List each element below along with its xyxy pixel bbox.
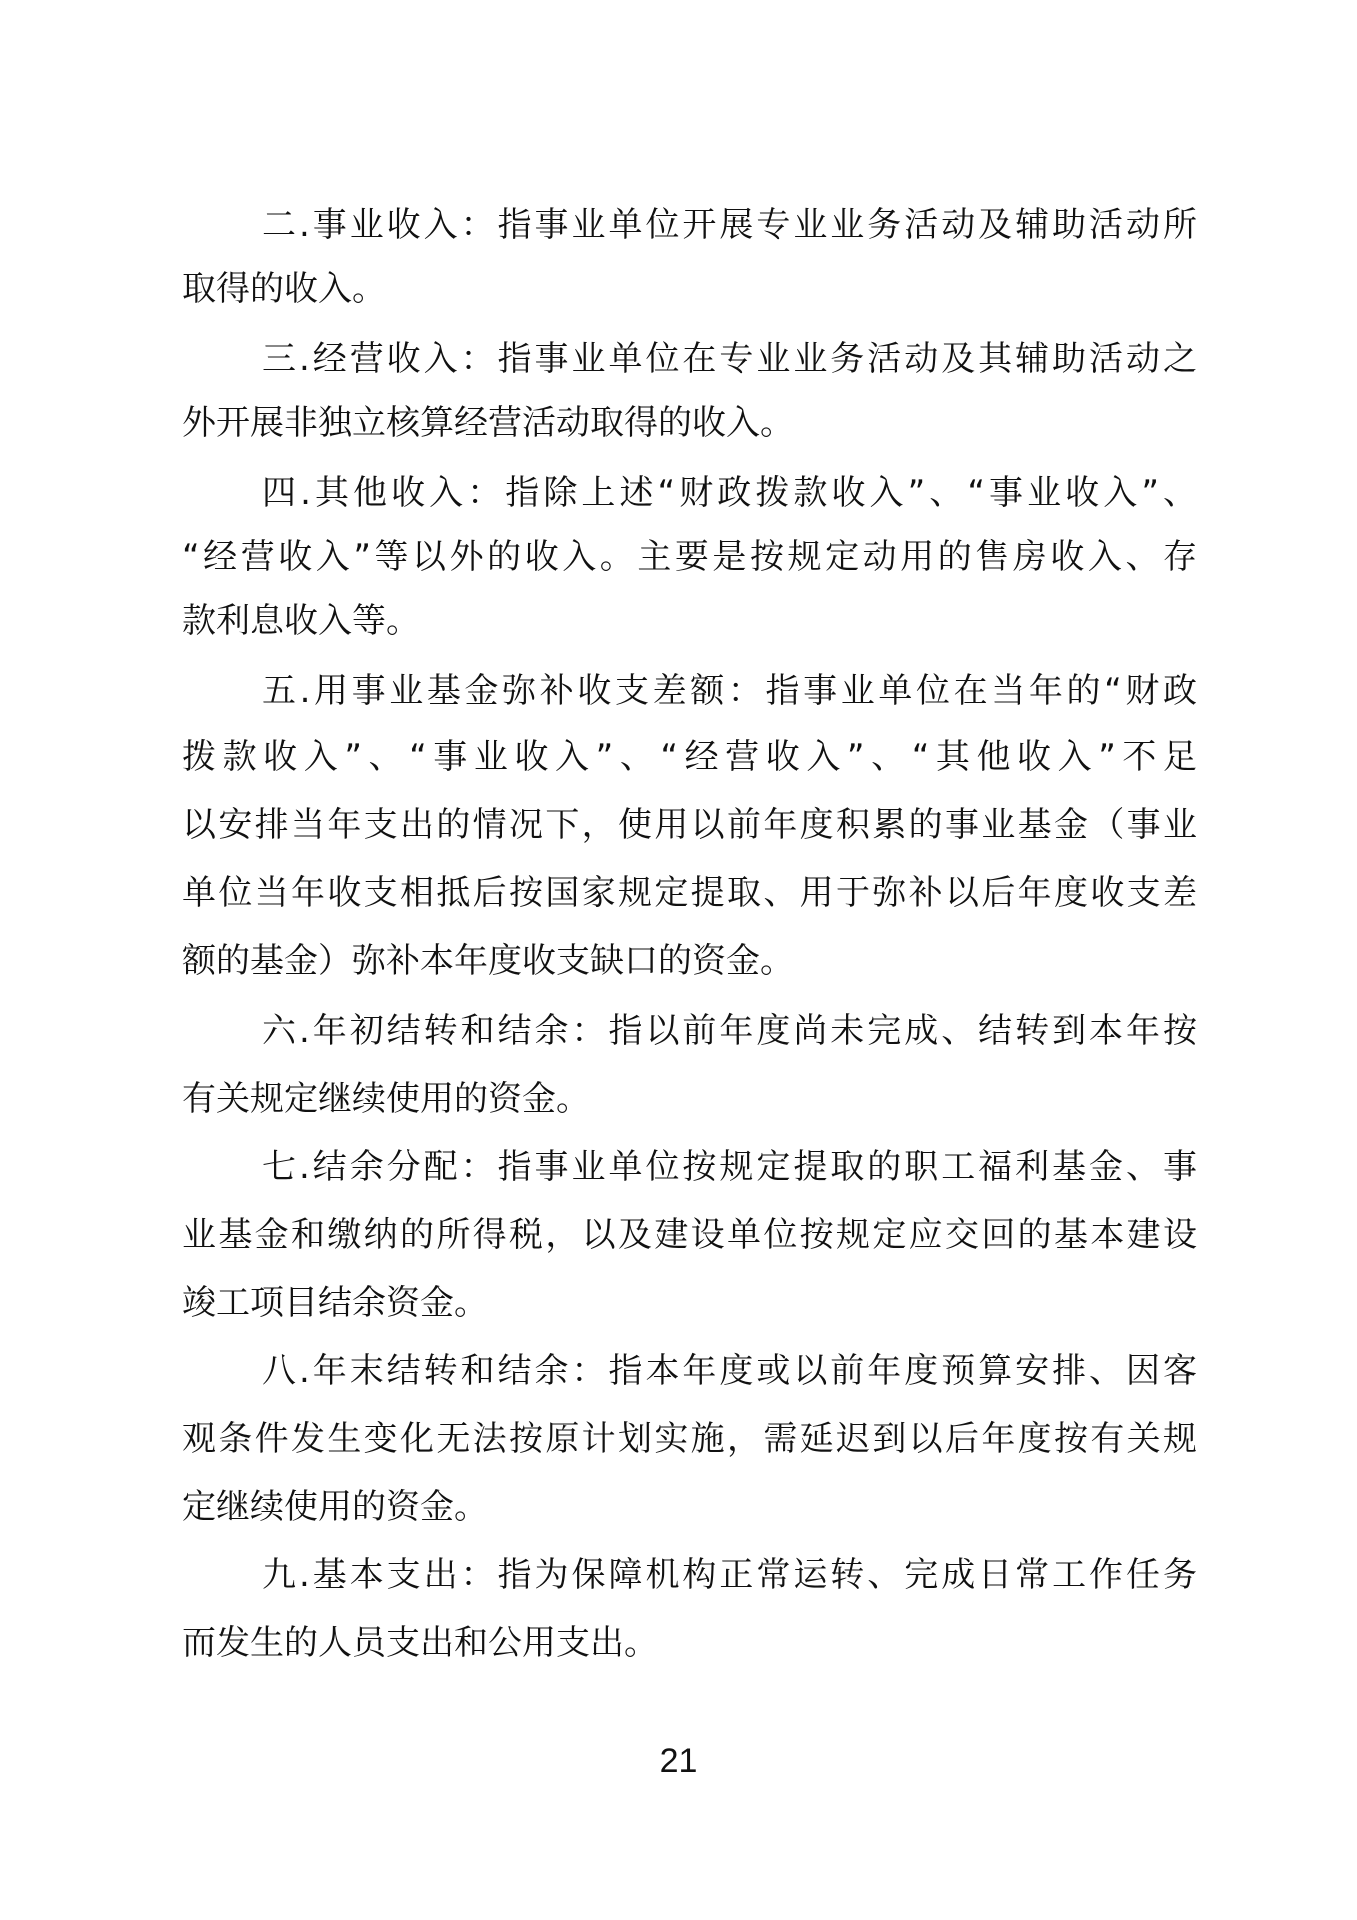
paragraph-6-line-2: 有关规定继续使用的资金。 — [182, 1074, 1197, 1124]
paragraph-2-line-2: 取得的收入。 — [182, 264, 1197, 314]
paragraph-3-line-1: 三.经营收入：指事业单位在专业业务活动及其辅助活动之 — [262, 334, 1197, 384]
paragraph-5-line-3: 以安排当年支出的情况下，使用以前年度积累的事业基金（事业 — [182, 800, 1197, 850]
paragraph-5-line-5: 额的基金）弥补本年度收支缺口的资金。 — [182, 936, 1197, 986]
paragraph-6-line-1: 六.年初结转和结余：指以前年度尚未完成、结转到本年按 — [262, 1006, 1197, 1056]
paragraph-5-line-2: 拨款收入”、“事业收入”、“经营收入”、“其他收入”不足 — [182, 732, 1197, 782]
paragraph-8-line-3: 定继续使用的资金。 — [182, 1482, 1197, 1532]
paragraph-7-line-2: 业基金和缴纳的所得税，以及建设单位按规定应交回的基本建设 — [182, 1210, 1197, 1260]
paragraph-5-line-1: 五.用事业基金弥补收支差额：指事业单位在当年的“财政 — [262, 666, 1197, 716]
paragraph-4-line-3: 款利息收入等。 — [182, 596, 1197, 646]
paragraph-8-line-2: 观条件发生变化无法按原计划实施，需延迟到以后年度按有关规 — [182, 1414, 1197, 1464]
document-page: 二.事业收入：指事业单位开展专业业务活动及辅助活动所 取得的收入。 三.经营收入… — [0, 0, 1357, 1920]
paragraph-2-line-1: 二.事业收入：指事业单位开展专业业务活动及辅助活动所 — [262, 200, 1197, 250]
paragraph-8-line-1: 八.年末结转和结余：指本年度或以前年度预算安排、因客 — [262, 1346, 1197, 1396]
paragraph-4-line-1: 四.其他收入：指除上述“财政拨款收入”、“事业收入”、 — [262, 468, 1197, 518]
paragraph-9-line-2: 而发生的人员支出和公用支出。 — [182, 1618, 1197, 1668]
paragraph-7-line-1: 七.结余分配：指事业单位按规定提取的职工福利基金、事 — [262, 1142, 1197, 1192]
paragraph-3-line-2: 外开展非独立核算经营活动取得的收入。 — [182, 398, 1197, 448]
paragraph-4-line-2: “经营收入”等以外的收入。主要是按规定动用的售房收入、存 — [182, 532, 1197, 582]
paragraph-5-line-4: 单位当年收支相抵后按国家规定提取、用于弥补以后年度收支差 — [182, 868, 1197, 918]
paragraph-7-line-3: 竣工项目结余资金。 — [182, 1278, 1197, 1328]
paragraph-9-line-1: 九.基本支出：指为保障机构正常运转、完成日常工作任务 — [262, 1550, 1197, 1600]
page-number: 21 — [0, 1742, 1357, 1781]
